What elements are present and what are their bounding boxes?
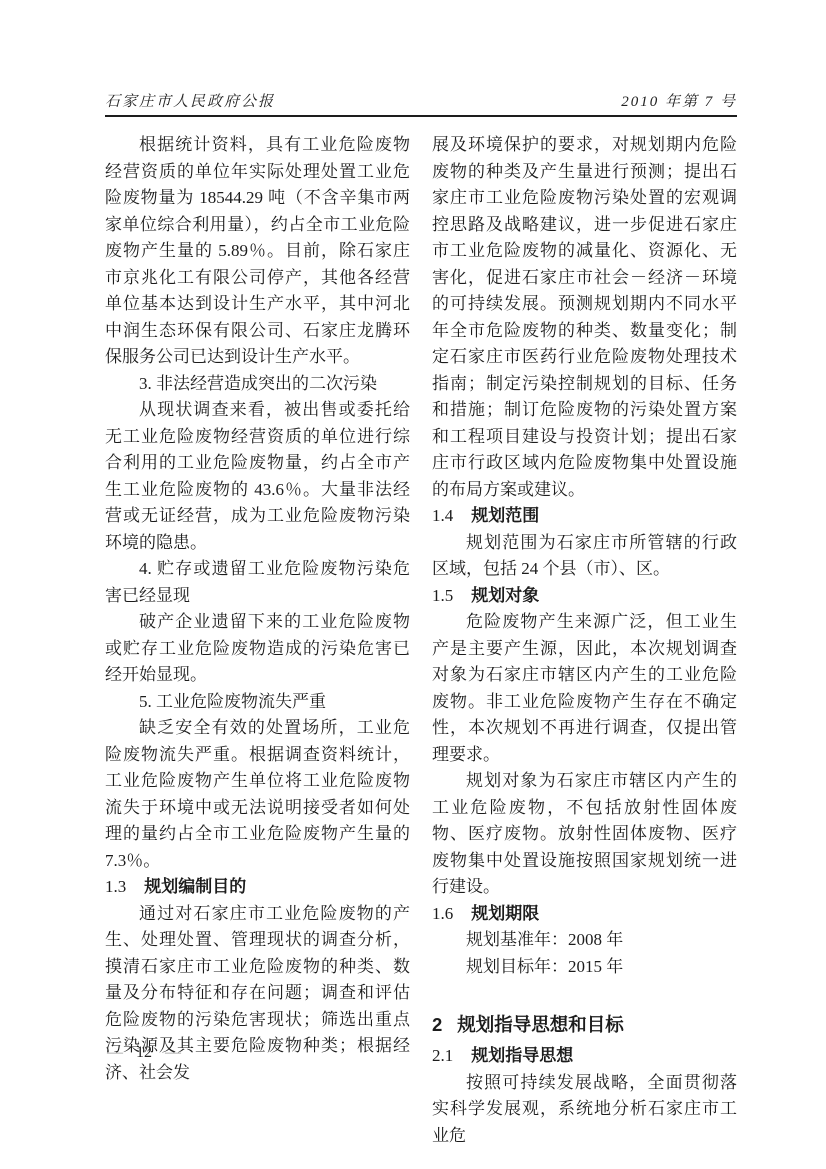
footer-dash-right: —	[165, 1043, 181, 1063]
paragraph: 规划对象为石家庄市辖区内产生的工业危险废物，不包括放射性固体废物、医疗废物。放射…	[432, 768, 737, 901]
paragraph: 从现状调查来看，被出售或委托给无工业危险废物经营资质的单位进行综合利用的工业危险…	[105, 397, 410, 556]
issue-number: 2010 年第 7 号	[621, 90, 737, 111]
heading-title: 规划指导思想	[471, 1046, 573, 1065]
publication-title: 石家庄市人民政府公报	[105, 90, 275, 111]
section-heading: 2规划指导思想和目标	[432, 1011, 737, 1038]
subsection-heading: 1.6规划期限	[432, 901, 737, 928]
paragraph: 根据统计资料，具有工业危险废物经营资质的单位年实际处理处置工业危险废物量为 18…	[105, 132, 410, 371]
header-rule	[105, 115, 737, 117]
running-header: 石家庄市人民政府公报 2010 年第 7 号	[105, 90, 737, 111]
paragraph: 规划范围为石家庄市所管辖的行政区域，包括 24 个县（市）、区。	[432, 530, 737, 583]
subsection-heading: 2.1规划指导思想	[432, 1043, 737, 1070]
paragraph: 破产企业遗留下来的工业危险废物或贮存工业危险废物造成的污染危害已经开始显现。	[105, 609, 410, 689]
right-column: 展及环境保护的要求，对规划期内危险废物的种类及产生量进行预测；提出石家庄市工业危…	[432, 132, 737, 1149]
heading-number: 1.3	[105, 877, 126, 896]
heading-number: 1.4	[432, 506, 453, 525]
subsection-heading: 1.5规划对象	[432, 583, 737, 610]
page-number: 12	[136, 1043, 152, 1063]
document-page: 石家庄市人民政府公报 2010 年第 7 号 根据统计资料，具有工业危险废物经营…	[0, 0, 826, 1169]
heading-number: 2	[432, 1014, 442, 1035]
paragraph: 按照可持续发展战略，全面贯彻落实科学发展观，系统地分析石家庄市工业危	[432, 1070, 737, 1150]
subsection-heading: 1.4规划范围	[432, 503, 737, 530]
heading-title: 规划对象	[471, 586, 539, 605]
paragraph: 4. 贮存或遗留工业危险废物污染危害已经显现	[105, 556, 410, 609]
paragraph: 3. 非法经营造成突出的二次污染	[105, 371, 410, 398]
heading-title: 规划范围	[471, 506, 539, 525]
footer-dash-left: —	[107, 1043, 123, 1063]
heading-title: 规划期限	[471, 904, 539, 923]
paragraph: 危险废物产生来源广泛，但工业生产是主要产生源，因此，本次规划调查对象为石家庄市辖…	[432, 609, 737, 768]
heading-title: 规划指导思想和目标	[457, 1014, 624, 1035]
heading-number: 1.6	[432, 904, 453, 923]
heading-number: 2.1	[432, 1046, 453, 1065]
left-column: 根据统计资料，具有工业危险废物经营资质的单位年实际处理处置工业危险废物量为 18…	[105, 132, 410, 1149]
subsection-heading: 1.3规划编制目的	[105, 874, 410, 901]
heading-number: 1.5	[432, 586, 453, 605]
paragraph: 规划基准年：2008 年	[432, 927, 737, 954]
paragraph: 规划目标年：2015 年	[432, 954, 737, 981]
paragraph: 展及环境保护的要求，对规划期内危险废物的种类及产生量进行预测；提出石家庄市工业危…	[432, 132, 737, 503]
paragraph: 缺乏安全有效的处置场所，工业危险废物流失严重。根据调查资料统计，工业危险废物产生…	[105, 715, 410, 874]
paragraph: 5. 工业危险废物流失严重	[105, 689, 410, 716]
page-footer: — 12 —	[107, 1043, 181, 1063]
text-columns: 根据统计资料，具有工业危险废物经营资质的单位年实际处理处置工业危险废物量为 18…	[105, 132, 737, 1149]
heading-title: 规划编制目的	[144, 877, 246, 896]
